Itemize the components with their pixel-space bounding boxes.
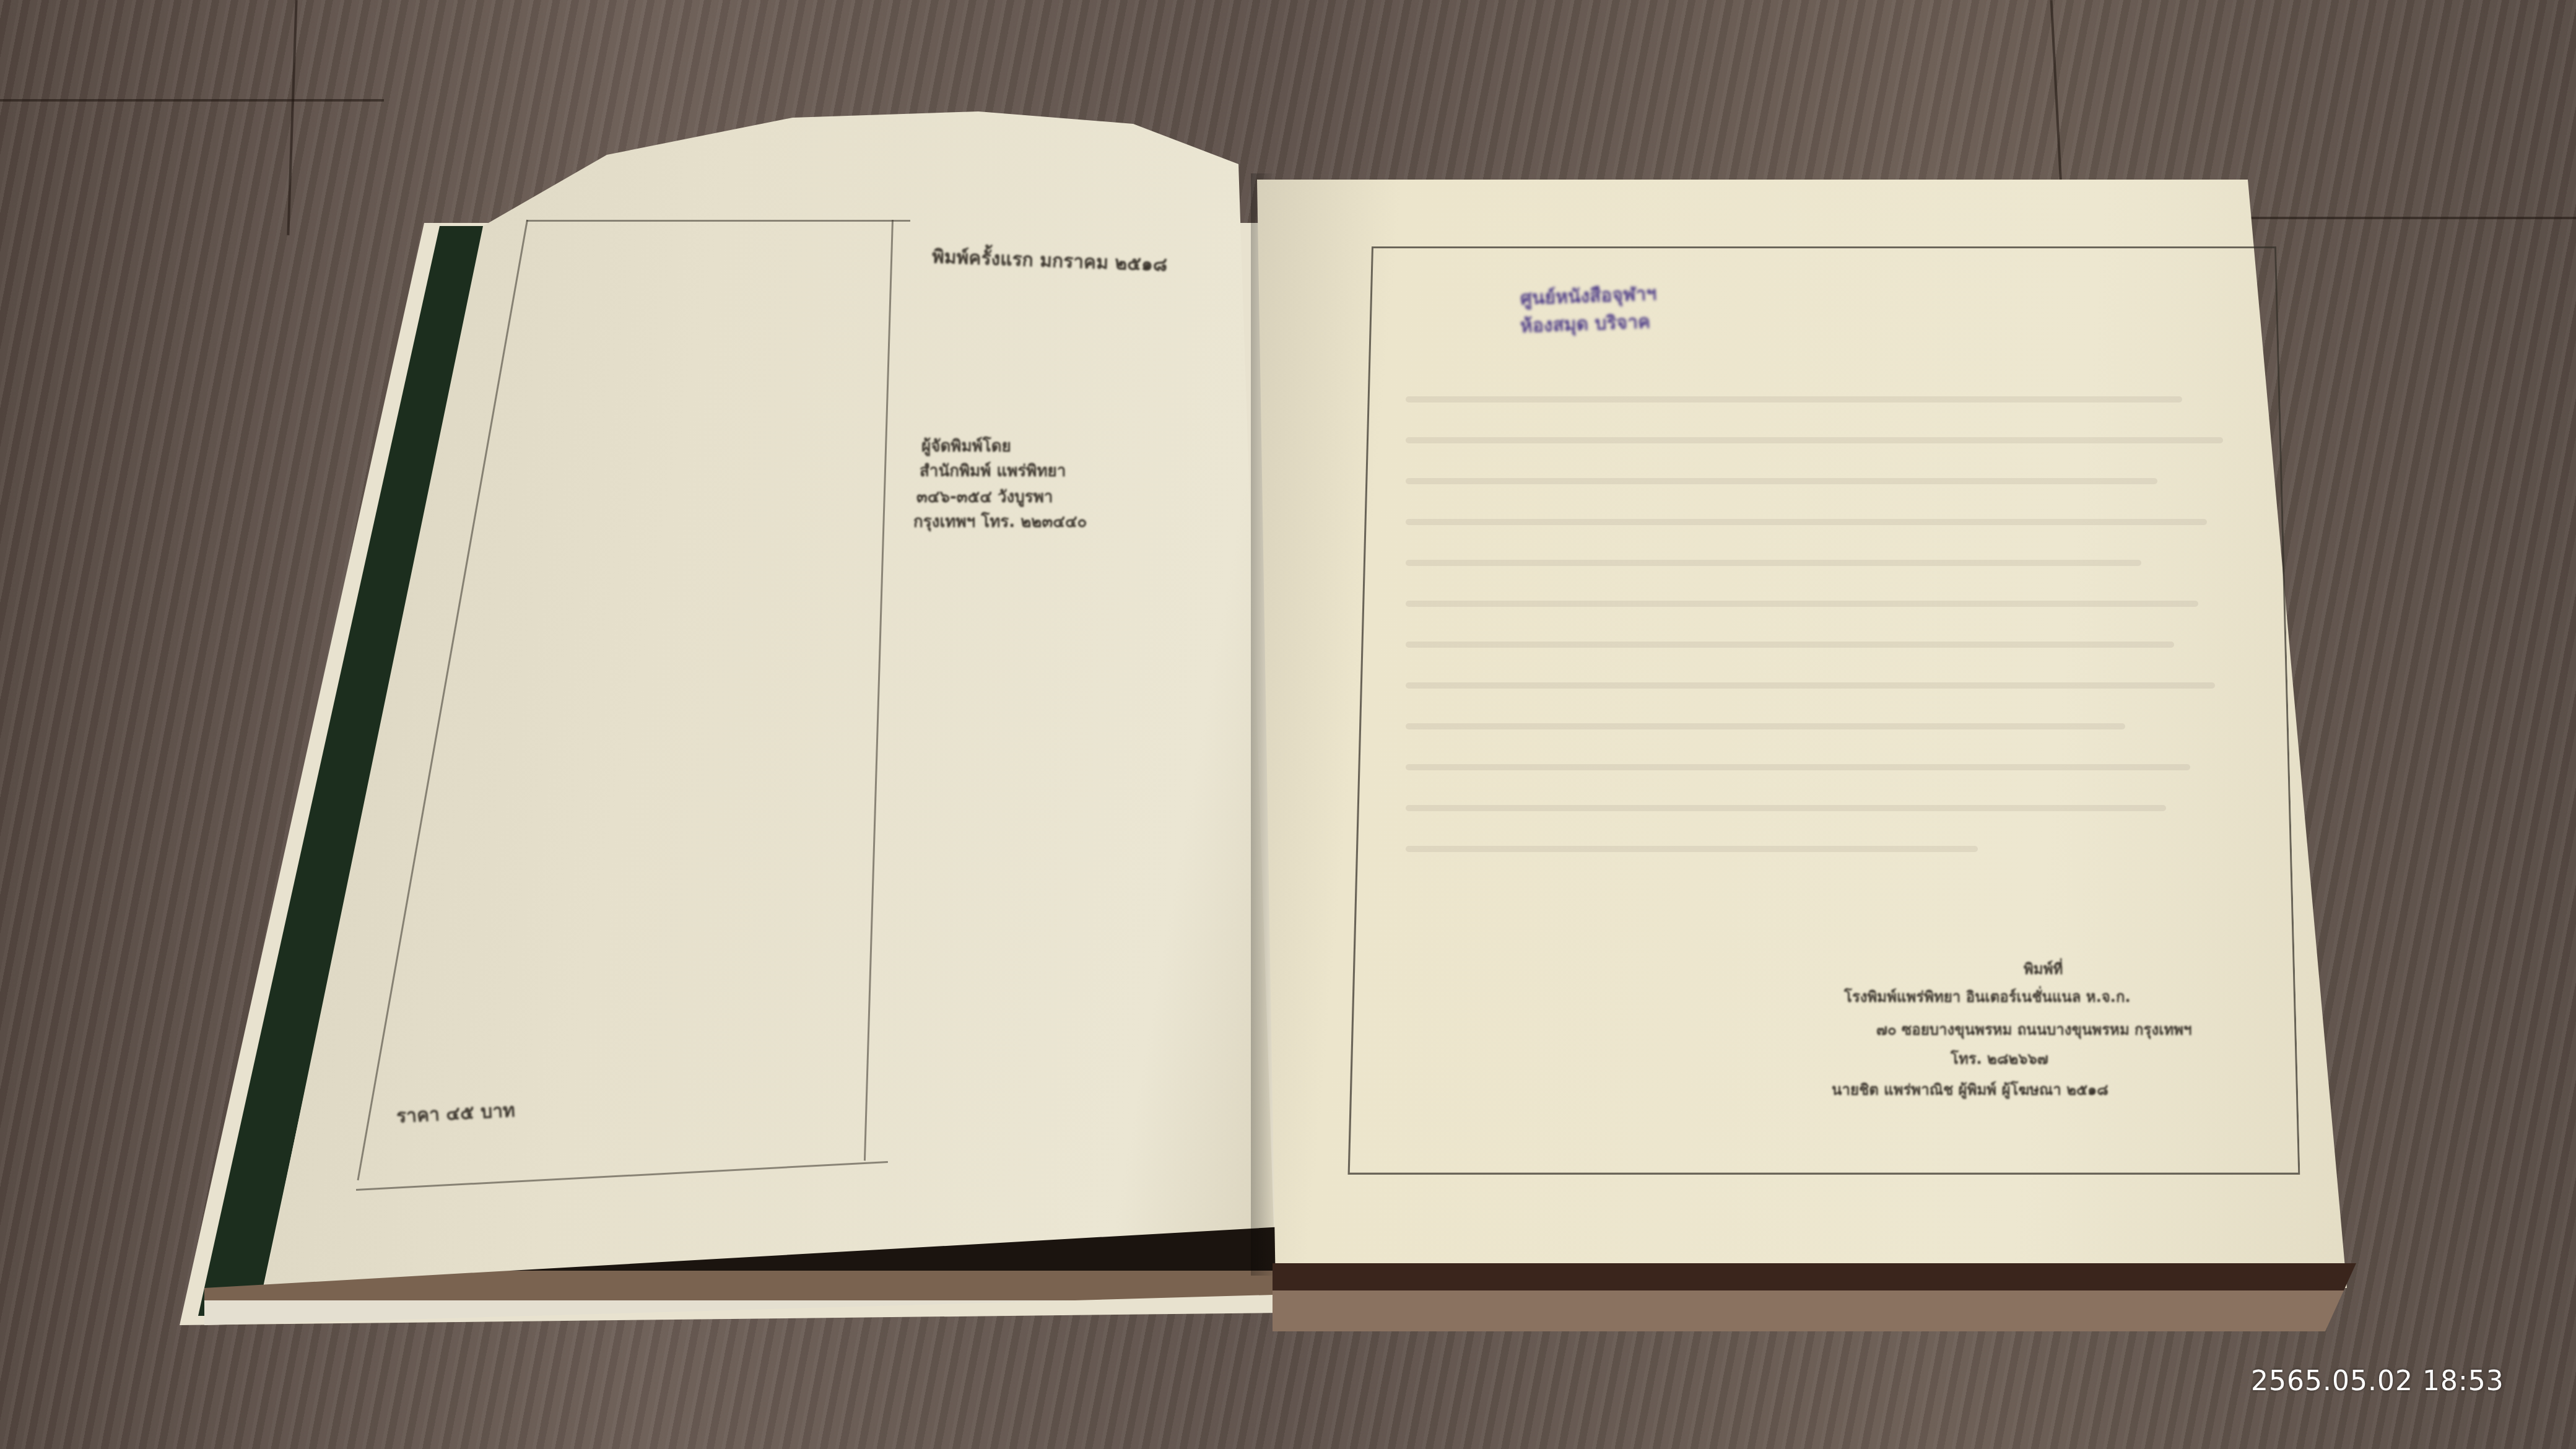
faint-line — [1406, 396, 2182, 402]
faint-line — [1406, 764, 2190, 770]
price-label: ราคา ๔๕ บาท — [396, 1096, 516, 1131]
book-cover-right-edge — [1273, 1263, 2375, 1331]
faint-line — [1406, 682, 2215, 689]
faint-line — [1406, 642, 2174, 648]
publisher-line: ผู้จัดพิมพ์โดย — [921, 433, 1011, 459]
faint-line — [1406, 560, 2141, 566]
publisher-line: ๓๔๖-๓๕๔ วังบูรพา — [916, 484, 1053, 510]
publisher-line: กรุงเทพฯ โทร. ๒๒๓๔๔๐ — [913, 509, 1087, 534]
left-page-frame — [526, 220, 910, 222]
publisher-line: สำนักพิมพ์ แพร่พิทยา — [920, 458, 1066, 484]
printer-line: โรงพิมพ์แพร่พิทยา อินเตอร์เนชั่นแนล ห.จ.… — [1844, 985, 2131, 1009]
faint-line — [1406, 805, 2166, 811]
printer-line: ๗๐ ซอยบางขุนพรหม ถนนบางขุนพรหม กรุงเทพฯ — [1876, 1017, 2192, 1042]
faint-line — [1406, 437, 2223, 443]
faint-line — [1406, 846, 1978, 852]
library-stamp-line: ห้องสมุด บริจาค — [1520, 307, 1651, 341]
photo-timestamp: 2565.05.02 18:53 — [2251, 1365, 2504, 1397]
printer-line: นายชิต แพร่พาณิช ผู้พิมพ์ ผู้โฆษณา ๒๕๑๘ — [1832, 1077, 2108, 1102]
printer-line: โทร. ๒๘๒๖๖๗ — [1951, 1046, 2048, 1071]
printer-heading: พิมพ์ที่ — [2024, 957, 2063, 981]
faint-line — [1406, 601, 2198, 607]
faint-line — [1406, 723, 2125, 729]
floor-plank-seam — [0, 99, 384, 102]
faint-line — [1406, 478, 2157, 484]
faint-line — [1406, 519, 2207, 525]
faint-show-through-text — [1406, 396, 2223, 887]
